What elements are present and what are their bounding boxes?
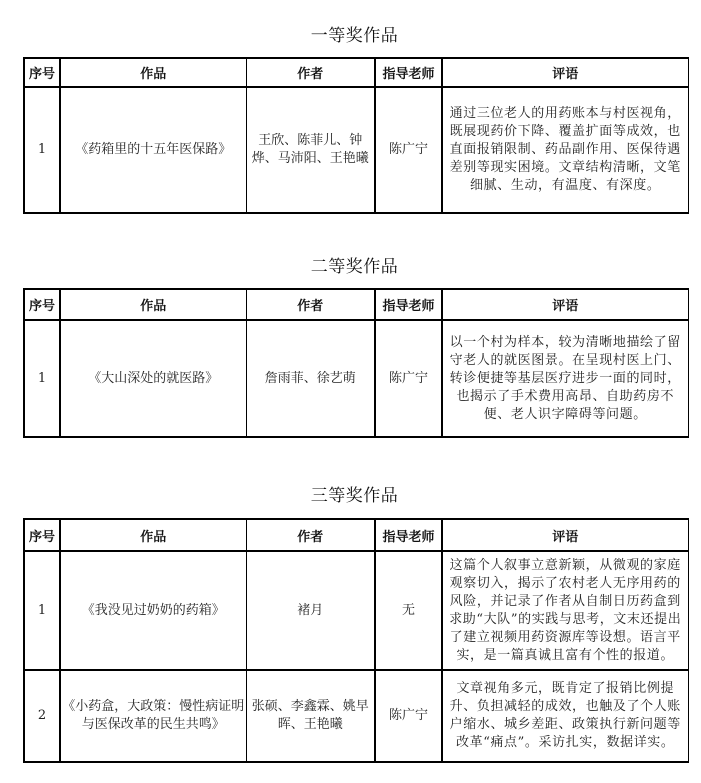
table-row: 2 《小药盒，大政策：慢性病证明与医保改革的民生共鸣》 张硕、李鑫霖、姚早晖、王…: [24, 670, 688, 762]
cell-no: 2: [24, 670, 60, 762]
header-review: 评语: [442, 58, 688, 87]
section-title-second-prize: 二等奖作品: [0, 257, 701, 277]
table-row: 1 《我没见过奶奶的药箱》 褚月 无 这篇个人叙事立意新颖，从微观的家庭观察切入…: [24, 551, 688, 670]
header-review: 评语: [442, 519, 688, 551]
header-author: 作者: [246, 289, 375, 320]
table-row: 1 《大山深处的就医路》 詹雨菲、徐艺萌 陈广宁 以一个村为样本，较为清晰地描绘…: [24, 320, 688, 437]
cell-no: 1: [24, 320, 60, 437]
cell-teacher: 陈广宁: [375, 670, 442, 762]
cell-work: 《小药盒，大政策：慢性病证明与医保改革的民生共鸣》: [60, 670, 246, 762]
header-no: 序号: [24, 58, 60, 87]
section-title-third-prize: 三等奖作品: [0, 486, 701, 506]
cell-author: 詹雨菲、徐艺萌: [246, 320, 375, 437]
cell-teacher: 无: [375, 551, 442, 670]
cell-review: 以一个村为样本，较为清晰地描绘了留守老人的就医图景。在呈现村医上门、转诊便捷等基…: [442, 320, 688, 437]
second-prize-table: 序号 作品 作者 指导老师 评语 1 《大山深处的就医路》 詹雨菲、徐艺萌 陈广…: [23, 288, 689, 438]
cell-work: 《我没见过奶奶的药箱》: [60, 551, 246, 670]
section-title-first-prize: 一等奖作品: [0, 26, 701, 46]
header-no: 序号: [24, 289, 60, 320]
header-author: 作者: [246, 519, 375, 551]
cell-no: 1: [24, 551, 60, 670]
first-prize-table: 序号 作品 作者 指导老师 评语 1 《药箱里的十五年医保路》 王欣、陈菲儿、钟…: [23, 57, 689, 214]
cell-teacher: 陈广宁: [375, 87, 442, 213]
cell-author: 张硕、李鑫霖、姚早晖、王艳曦: [246, 670, 375, 762]
header-no: 序号: [24, 519, 60, 551]
header-review: 评语: [442, 289, 688, 320]
cell-work: 《大山深处的就医路》: [60, 320, 246, 437]
table-row: 1 《药箱里的十五年医保路》 王欣、陈菲儿、钟烨、马沛阳、王艳曦 陈广宁 通过三…: [24, 87, 688, 213]
cell-review: 通过三位老人的用药账本与村医视角，既展现药价下降、覆盖扩面等成效，也直面报销限制…: [442, 87, 688, 213]
cell-review: 这篇个人叙事立意新颖，从微观的家庭观察切入，揭示了农村老人无序用药的风险，并记录…: [442, 551, 688, 670]
table-header-row: 序号 作品 作者 指导老师 评语: [24, 58, 688, 87]
header-work: 作品: [60, 519, 246, 551]
cell-author: 王欣、陈菲儿、钟烨、马沛阳、王艳曦: [246, 87, 375, 213]
third-prize-table: 序号 作品 作者 指导老师 评语 1 《我没见过奶奶的药箱》 褚月 无 这篇个人…: [23, 518, 689, 763]
cell-review: 文章视角多元，既肯定了报销比例提升、负担减轻的成效，也触及了个人账户缩水、城乡差…: [442, 670, 688, 762]
header-work: 作品: [60, 58, 246, 87]
header-teacher: 指导老师: [375, 289, 442, 320]
cell-author: 褚月: [246, 551, 375, 670]
header-teacher: 指导老师: [375, 519, 442, 551]
cell-teacher: 陈广宁: [375, 320, 442, 437]
header-teacher: 指导老师: [375, 58, 442, 87]
cell-work: 《药箱里的十五年医保路》: [60, 87, 246, 213]
header-work: 作品: [60, 289, 246, 320]
table-header-row: 序号 作品 作者 指导老师 评语: [24, 289, 688, 320]
header-author: 作者: [246, 58, 375, 87]
table-header-row: 序号 作品 作者 指导老师 评语: [24, 519, 688, 551]
cell-no: 1: [24, 87, 60, 213]
